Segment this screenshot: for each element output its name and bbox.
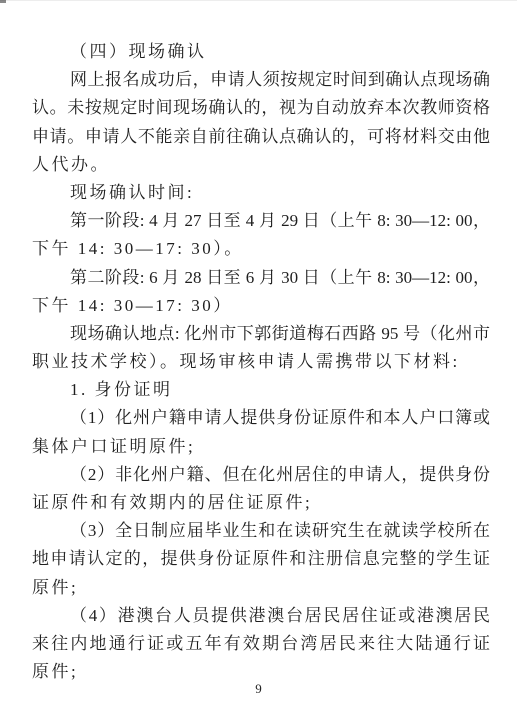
text-line: 申请。申请人不能亲自前往确认点确认的，可将材料交由他 [32,123,490,151]
text-line: 下午 14: 30—17: 30） [32,292,490,320]
text-line: 第二阶段: 6 月 28 日至 6 月 30 日（上午 8: 30—12: 00… [32,264,490,292]
text-line: （1）化州户籍申请人提供身份证原件和本人户口簿或 [32,404,490,432]
text-line: （2）非化州户籍、但在化州居住的申请人，提供身份 [32,461,490,489]
text-line: 1. 身份证明 [32,376,490,404]
text-line: 来往内地通行证或五年有效期台湾居民来往大陆通行证 [32,630,490,658]
text-line: 集体户口证明原件; [32,433,490,461]
page-number: 9 [0,681,517,697]
text-line: 职业技术学校）。现场审核申请人需携带以下材料: [32,348,490,376]
scan-edge-artifact [0,0,517,1]
text-line: 下午 14: 30—17: 30）。 [32,235,490,263]
text-line: 原件; [32,574,490,602]
text-line: 现场确认地点: 化州市下郭街道梅石西路 95 号（化州市 [32,320,490,348]
document-body: （四）现场确认网上报名成功后，申请人须按规定时间到确认点现场确认。未按规定时间现… [32,38,490,686]
text-line: （四）现场确认 [32,38,490,66]
text-line: 人代办。 [32,151,490,179]
text-line: 证原件和有效期内的居住证原件; [32,489,490,517]
text-line: 地申请认定的，提供身份证原件和注册信息完整的学生证 [32,545,490,573]
text-line: 现场确认时间: [32,179,490,207]
text-line: （4）港澳台人员提供港澳台居民居住证或港澳居民 [32,602,490,630]
text-line: 网上报名成功后，申请人须按规定时间到确认点现场确 [32,66,490,94]
text-line: 认。未按规定时间现场确认的，视为自动放弃本次教师资格 [32,94,490,122]
text-line: 第一阶段: 4 月 27 日至 4 月 29 日（上午 8: 30—12: 00… [32,207,490,235]
document-page: （四）现场确认网上报名成功后，申请人须按规定时间到确认点现场确认。未按规定时间现… [0,0,517,721]
text-line: （3）全日制应届毕业生和在读研究生在就读学校所在 [32,517,490,545]
scan-corner-smudge [0,0,6,3]
